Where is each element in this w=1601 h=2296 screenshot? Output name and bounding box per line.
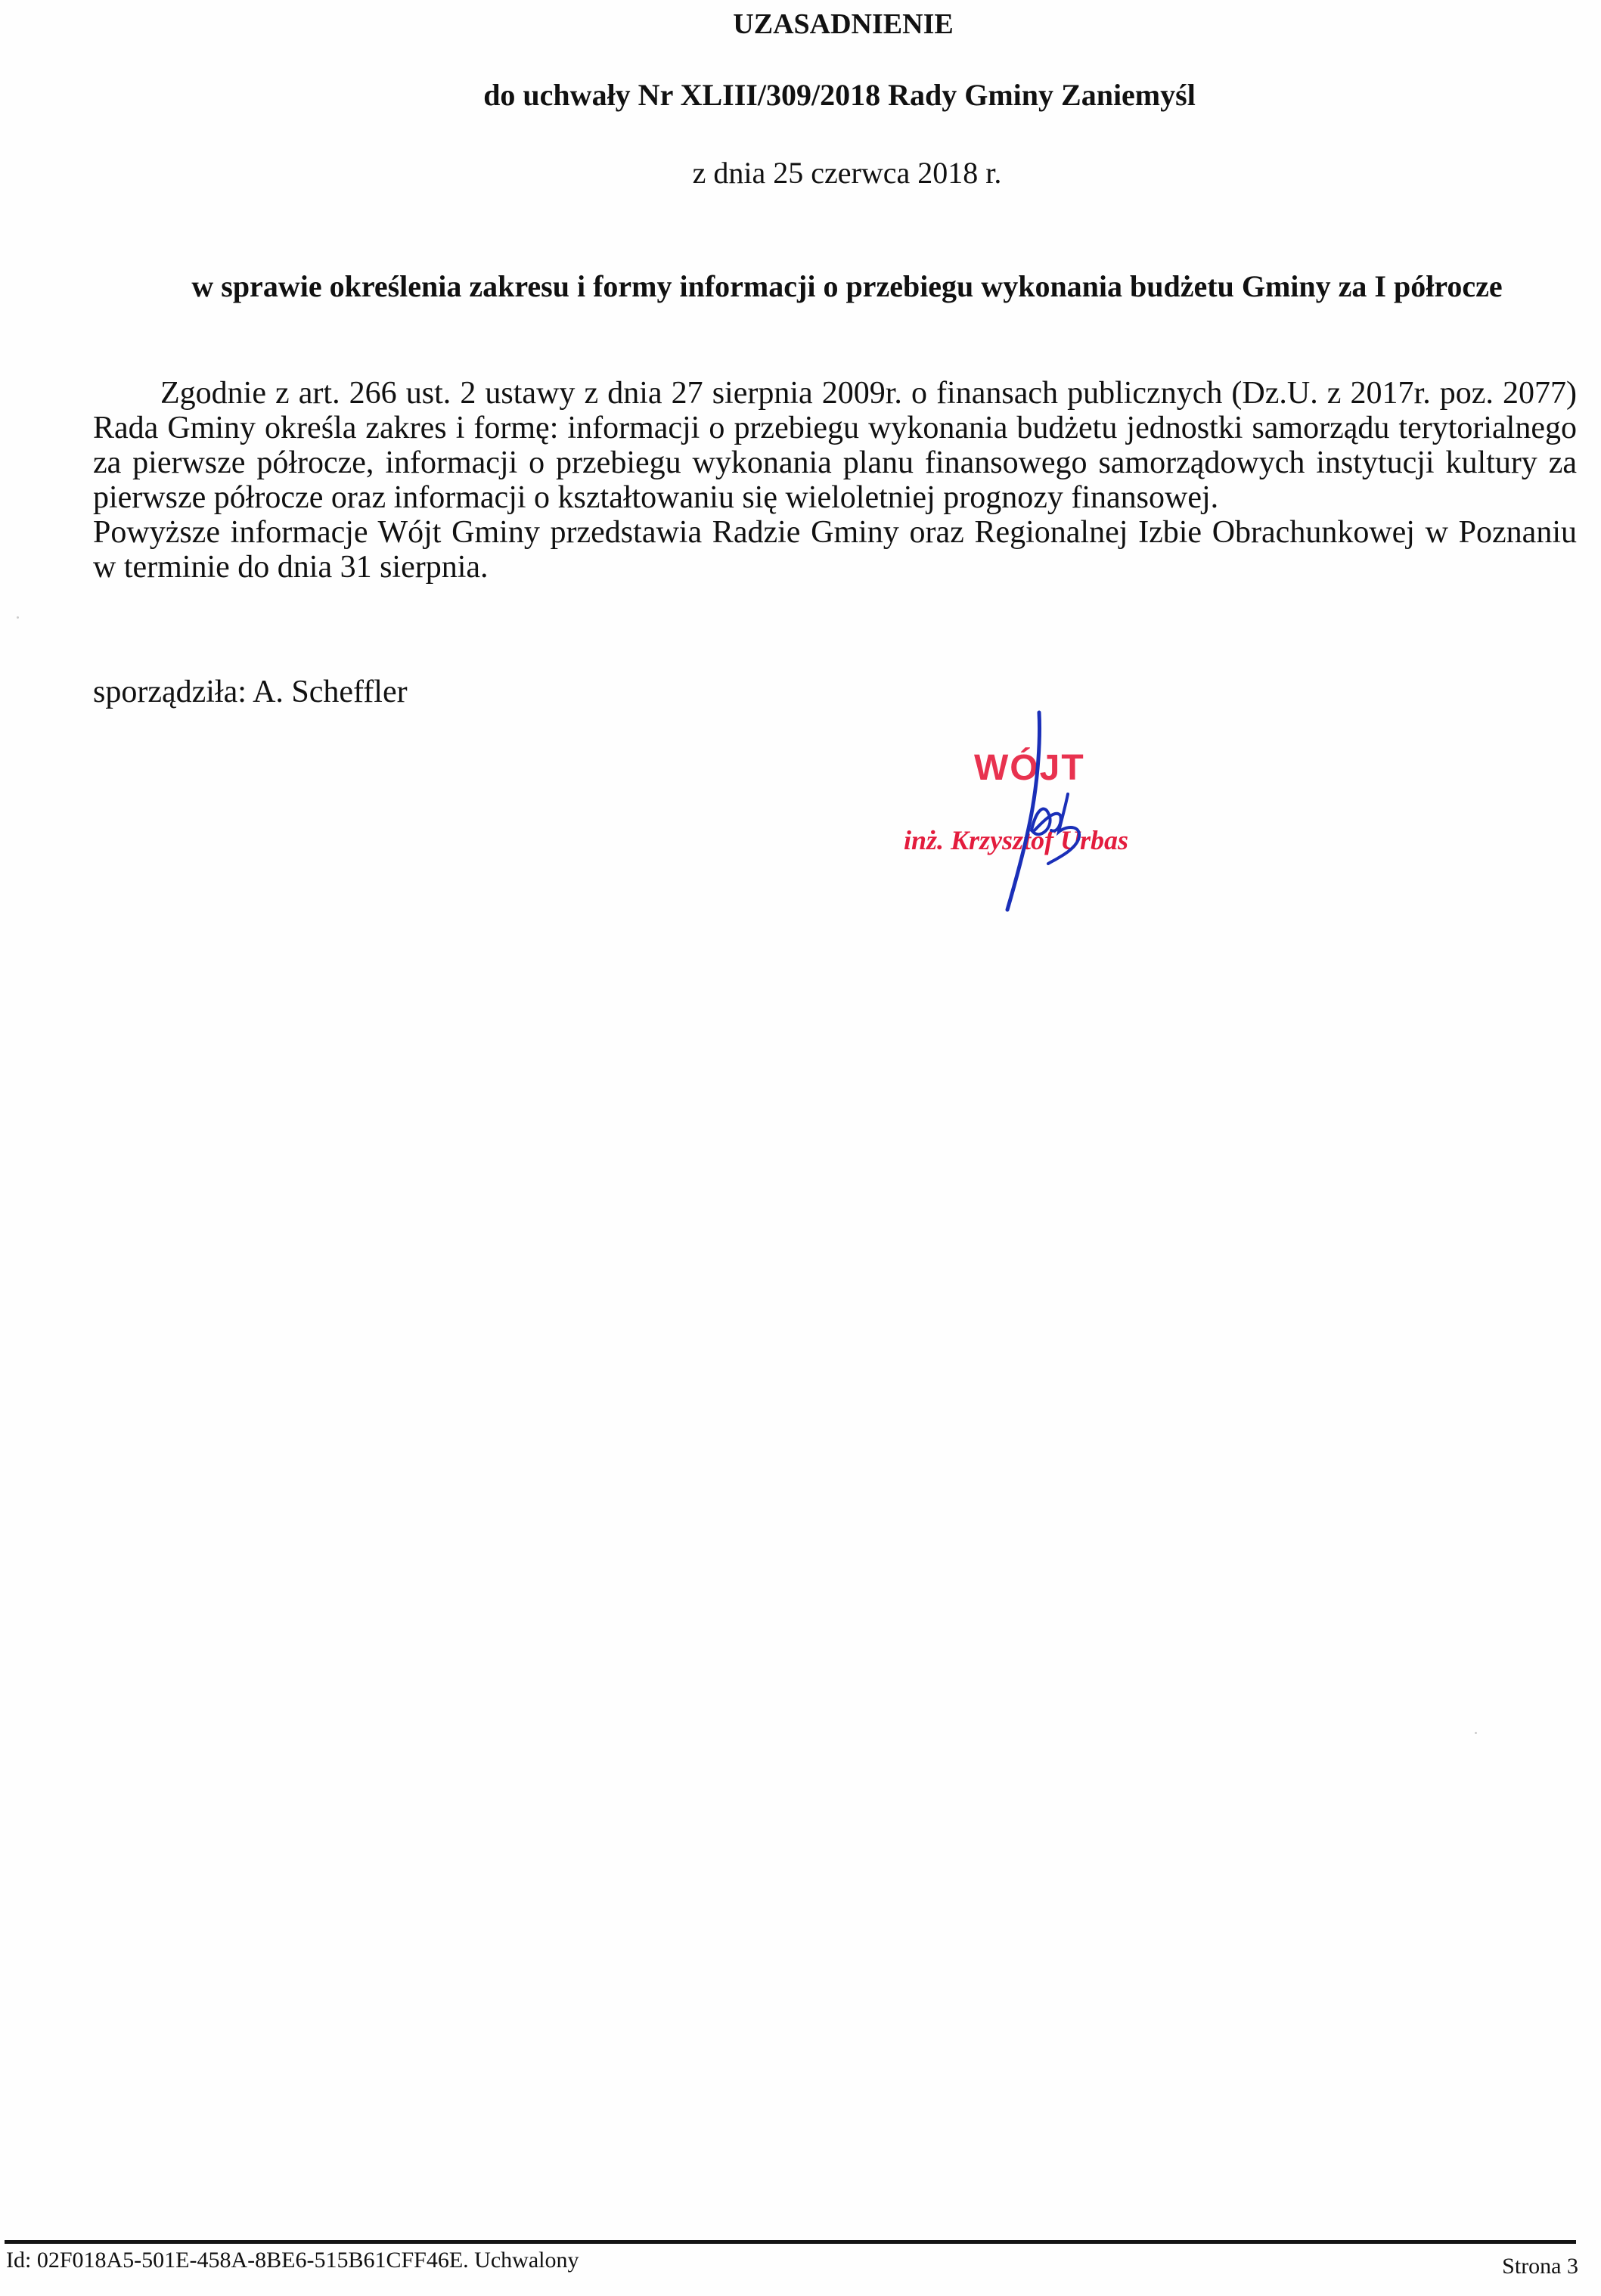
document-title: UZASADNIENIE xyxy=(0,8,1601,41)
scan-speck xyxy=(1475,1732,1477,1734)
prepared-by: sporządziła: A. Scheffler xyxy=(93,675,408,709)
footer-divider xyxy=(5,2240,1576,2244)
body-paragraph: Powyższe informacje Wójt Gminy przedstaw… xyxy=(93,515,1577,585)
resolution-reference: do uchwały Nr XLIII/309/2018 Rady Gminy … xyxy=(0,77,1601,113)
page-number: Strona 3 xyxy=(1502,2254,1578,2279)
signature-icon xyxy=(870,696,1210,923)
document-id: Id: 02F018A5-501E-458A-8BE6-515B61CFF46E… xyxy=(6,2248,579,2273)
official-stamp: WÓJT inż. Krzysztof Urbas xyxy=(870,696,1210,923)
resolution-subject: w sprawie określenia zakresu i formy inf… xyxy=(117,268,1577,304)
resolution-date: z dnia 25 czerwca 2018 r. xyxy=(0,155,1601,191)
body-paragraph: Zgodnie z art. 266 ust. 2 ustawy z dnia … xyxy=(93,376,1577,515)
document-page: UZASADNIENIE do uchwały Nr XLIII/309/201… xyxy=(0,0,1601,2296)
body-text: Zgodnie z art. 266 ust. 2 ustawy z dnia … xyxy=(93,376,1577,585)
scan-speck xyxy=(17,616,19,619)
